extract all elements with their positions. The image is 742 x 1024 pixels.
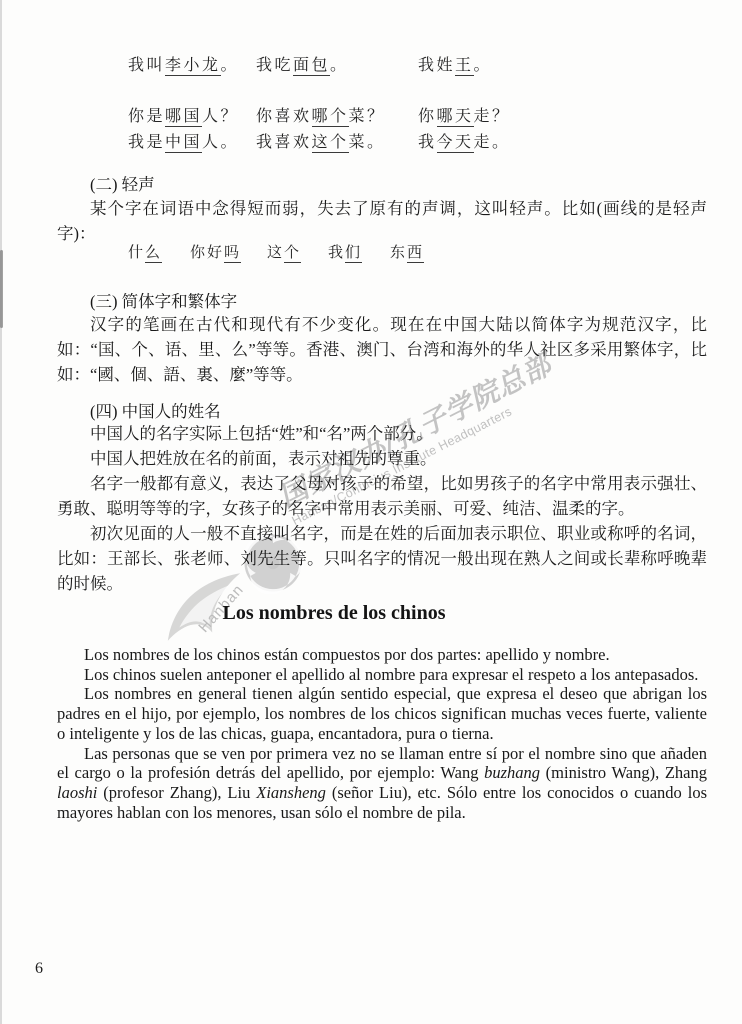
text-segment: laoshi [57,783,97,802]
underlined-text: 们 [345,243,362,263]
text-segment: 我叫 [128,55,165,74]
underlined-text: 中国 [165,132,202,153]
tone-example-word: 我们 [328,241,362,262]
spanish-section-body: Los nombres de los chinos están compuest… [57,645,707,822]
text-segment: 东 [390,243,407,261]
example-sentence: 你哪天走？ [418,103,511,126]
paragraph: Las personas que se ven por primera vez … [57,744,707,823]
paragraph: Los nombres de los chinos están compuest… [57,645,707,665]
paragraph: 初次见面的人一般不直接叫名字，而是在姓的后面加表示职位、职业或称呼的名词，比如：… [57,521,707,596]
underlined-text: 今天 [437,132,474,153]
text-segment: 走？ [474,106,511,125]
section-heading-names: (四) 中国人的姓名 [57,398,707,422]
text-segment: 你好 [190,243,224,261]
paragraph: 汉字的笔画在古代和现代有不少变化。现在在中国大陆以简体字为规范汉字，比如：“国、… [57,312,707,387]
text-segment: (ministro Wang), Zhang [540,763,707,782]
section-heading-neutral-tone: (二) 轻声 [57,171,707,195]
underlined-text: 李小龙 [165,55,221,76]
tone-example-word: 什么 [128,241,162,262]
text-segment: 我喜欢 [256,132,312,151]
text-segment: 你是 [128,106,165,125]
text-segment: 我 [328,243,345,261]
text-segment: 我姓 [418,55,455,74]
underlined-text: 这个 [312,132,349,153]
underlined-text: 么 [145,243,162,263]
scanned-textbook-page: Hanban 国家汉办/孔子学院总部 Hanban/Confucius Inst… [0,0,742,1024]
text-segment: 我是 [128,132,165,151]
example-sentence: 我今天走。 [418,129,511,152]
text-segment: 走。 [474,132,511,151]
section-body-names: 中国人的名字实际上包括“姓”和“名”两个部分。 中国人把姓放在名的前面，表示对祖… [57,421,707,596]
example-sentence: 我是中国人。 [128,129,239,152]
underlined-text: 个 [284,243,301,263]
tone-example-word: 这个 [267,241,301,262]
paragraph: 某个字在词语中念得短而弱，失去了原有的声调，这叫轻声。比如(画线的是轻声字)： [57,196,707,246]
text-segment: Los chinos suelen anteponer el apellido … [84,665,698,684]
section-body-neutral-tone: 某个字在词语中念得短而弱，失去了原有的声调，这叫轻声。比如(画线的是轻声字)： [57,196,707,246]
tone-example-word: 东西 [390,241,424,262]
example-sentence: 我喜欢这个菜。 [256,129,386,152]
text-segment: 这 [267,243,284,261]
underlined-text: 王 [455,55,474,76]
example-sentence: 你喜欢哪个菜？ [256,103,386,126]
text-segment: 人。 [202,132,239,151]
text-segment: 。 [474,55,493,74]
spanish-section-title: Los nombres de los chinos [134,602,534,625]
underlined-text: 吗 [224,243,241,263]
text-segment: Xiansheng [256,783,326,802]
text-segment: Los nombres de los chinos están compuest… [84,645,610,664]
page-content: 我叫李小龙。 我吃面包。 我姓王。 你是哪国人？ 你喜欢哪个菜？ 你哪天走？ 我… [0,0,742,1024]
underlined-text: 西 [407,243,424,263]
paragraph: 名字一般都有意义，表达了父母对孩子的希望，比如男孩子的名字中常用表示强壮、勇敢、… [57,471,707,521]
example-sentence: 你是哪国人？ [128,103,239,126]
underlined-text: 哪个 [312,106,349,127]
text-segment: 我 [418,132,437,151]
section-body-characters: 汉字的笔画在古代和现代有不少变化。现在在中国大陆以简体字为规范汉字，比如：“国、… [57,312,707,387]
page-number: 6 [35,960,43,978]
example-sentence-row: 你是哪国人？ 你喜欢哪个菜？ 你哪天走？ [0,103,742,127]
underlined-text: 哪国 [165,106,202,127]
example-sentence: 我姓王。 [418,52,492,75]
text-segment: 。 [330,55,349,74]
text-segment: 菜。 [349,132,386,151]
example-sentence-row: 我叫李小龙。 我吃面包。 我姓王。 [0,52,742,76]
text-segment: 你喜欢 [256,106,312,125]
underlined-text: 哪天 [437,106,474,127]
example-sentence-row: 我是中国人。 我喜欢这个菜。 我今天走。 [0,129,742,153]
text-segment: Los nombres en general tienen algún sent… [57,684,707,742]
paragraph: Los nombres en general tienen algún sent… [57,684,707,743]
paragraph: 中国人的名字实际上包括“姓”和“名”两个部分。 [57,421,707,446]
example-sentence: 我叫李小龙。 [128,52,239,75]
text-segment: 你 [418,106,437,125]
text-segment: 人？ [202,106,239,125]
text-segment: 。 [221,55,240,74]
underlined-text: 面包 [293,55,330,76]
section-heading-characters: (三) 简体字和繁体字 [57,288,707,312]
tone-example-word: 你好吗 [190,241,241,262]
text-segment: (profesor Zhang), Liu [97,783,256,802]
paragraph: Los chinos suelen anteponer el apellido … [57,665,707,685]
example-sentence: 我吃面包。 [256,52,349,75]
text-segment: 我吃 [256,55,293,74]
text-segment: 什 [128,243,145,261]
text-segment: 菜？ [349,106,386,125]
text-segment: buzhang [484,763,540,782]
paragraph: 中国人把姓放在名的前面，表示对祖先的尊重。 [57,446,707,471]
